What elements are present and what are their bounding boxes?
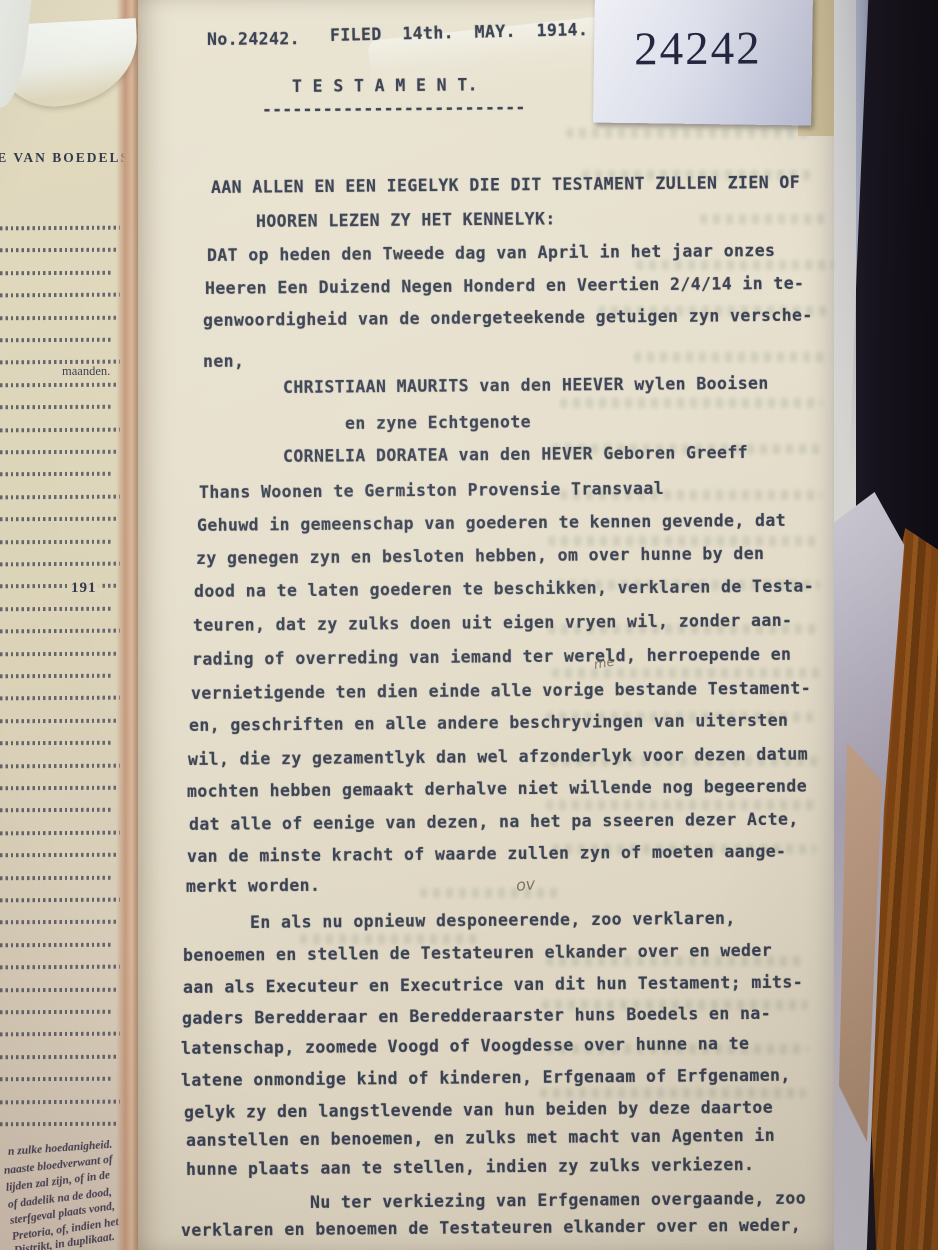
typed-line-7: CHRISTIAAN MAURITS van den HEEVER wylen … bbox=[283, 374, 769, 398]
typed-line-4: Heeren Een Duizend Negen Honderd en Veer… bbox=[205, 274, 805, 299]
archive-number: 24242 bbox=[634, 21, 762, 76]
typed-line-32: Nu ter verkiezing van Erfgenamen overgaa… bbox=[310, 1189, 806, 1213]
filing-number: No.24242. bbox=[207, 29, 300, 50]
title-underline: -------------------------- bbox=[262, 98, 526, 120]
typed-line-5: genwoordigheid van de ondergeteekende ge… bbox=[203, 306, 813, 331]
typed-line-33: verklaren en benoemen de Testateuren elk… bbox=[181, 1216, 801, 1241]
typed-line-18: wil, die zy gezamentlyk dan wel afzonder… bbox=[188, 745, 808, 770]
typed-line-10: Thans Woonen te Germiston Provensie Tran… bbox=[199, 479, 664, 503]
typed-line-6: nen, bbox=[203, 352, 245, 372]
typed-line-23: En als nu opnieuw desponeerende, zoo ver… bbox=[250, 909, 736, 933]
typed-line-9: CORNELIA DORATEA van den HEVER Geboren G… bbox=[283, 443, 748, 467]
typed-line-29: gelyk zy den langstlevende van hun beide… bbox=[184, 1098, 773, 1123]
typed-line-26: gaders Beredderaar en Beredderaarster hu… bbox=[182, 1004, 771, 1029]
document-photo: IE VAN BOEDELS maanden. 191 n zulke hoed… bbox=[0, 0, 938, 1250]
document-title: T E S T A M E N T. bbox=[292, 75, 478, 97]
typed-line-8: en zyne Echtgenote bbox=[345, 412, 531, 434]
archive-number-label: 24242 bbox=[593, 0, 813, 126]
typed-line-22: merkt worden. bbox=[186, 876, 321, 897]
typed-line-17: en, geschriften en alle andere beschryvi… bbox=[189, 711, 789, 736]
pencil-annotation-ov: ov bbox=[515, 874, 536, 895]
typed-line-27: latenschap, zoomede Voogd of Voogdesse o… bbox=[181, 1034, 750, 1059]
typed-line-3: DAT op heden den Tweede dag van April in… bbox=[207, 241, 776, 266]
pencil-annotation-me: me bbox=[593, 655, 616, 673]
typed-text-layer: No.24242. FILED 14th. MAY. 1914. T E S T… bbox=[0, 0, 938, 1250]
typed-line-14: teuren, dat zy zulks doen uit eigen vrye… bbox=[193, 611, 793, 636]
typed-line-1: AAN ALLEN EN EEN IEGELYK DIE DIT TESTAME… bbox=[211, 173, 800, 198]
typed-line-15: rading of overreding van iemand ter were… bbox=[192, 645, 792, 670]
typed-line-13: dood na te laten goederen te beschikken,… bbox=[194, 577, 814, 602]
typed-line-11: Gehuwd in gemeenschap van goederen te ke… bbox=[197, 511, 786, 536]
typed-line-31: hunne plaats aan te stellen, indien zy z… bbox=[186, 1155, 755, 1180]
typed-line-12: zy genegen zyn en besloten hebben, om ov… bbox=[196, 544, 765, 569]
typed-line-25: aan als Executeur en Executrice van dit … bbox=[183, 973, 803, 998]
typed-line-28: latene onmondige kind of kinderen, Erfge… bbox=[181, 1066, 791, 1091]
typed-line-2: HOOREN LEZEN ZY HET KENNELYK: bbox=[256, 209, 556, 232]
typed-line-30: aanstellen en benoemen, en zulks met mac… bbox=[186, 1126, 775, 1151]
typed-line-16: vernietigende ten dien einde alle vorige… bbox=[191, 679, 811, 704]
typed-line-19: mochten hebben gemaakt derhalve niet wil… bbox=[187, 777, 807, 802]
typed-line-21: van de minste kracht of waarde zullen zy… bbox=[187, 842, 787, 867]
typed-line-24: benoemen en stellen de Testateuren elkan… bbox=[183, 941, 772, 966]
typed-line-20: dat alle of eenige van dezen, na het pa … bbox=[189, 810, 799, 835]
filing-date: FILED 14th. MAY. 1914. bbox=[330, 20, 589, 46]
